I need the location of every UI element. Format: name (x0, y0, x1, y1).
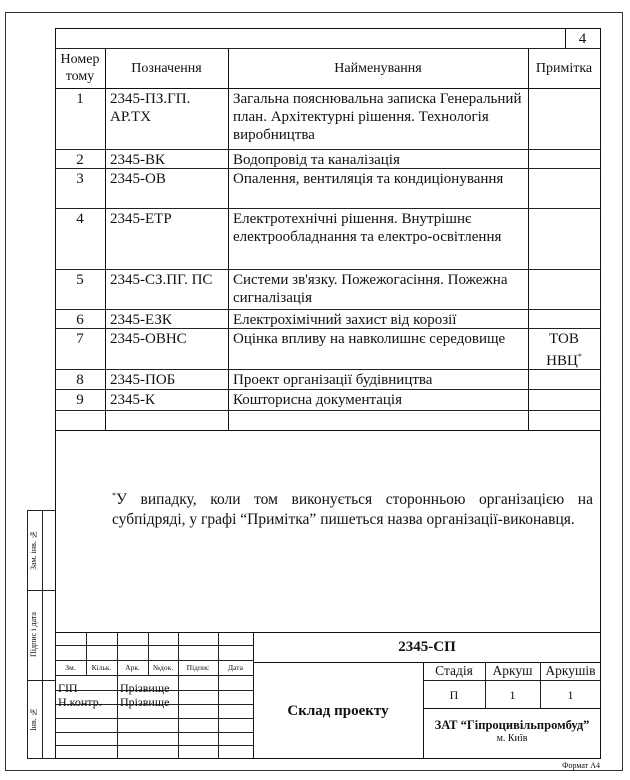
row-volume-no: 7 (55, 330, 105, 348)
sheet-value: 1 (485, 686, 540, 704)
header-note: Примітка (528, 60, 600, 77)
header-volume-no: Номер тому (55, 51, 105, 85)
replaced-inv-label: Зам. інв. № (29, 512, 41, 588)
doc-title: Склад проекту (253, 702, 423, 720)
stage-value: П (423, 686, 485, 704)
signer-surname-2: Прізвище (120, 695, 178, 709)
row-name: Загальна пояснювальна записка Генеральни… (233, 90, 525, 144)
col-signature: Підпис (178, 663, 218, 673)
signer-role-1: ГІП (58, 681, 116, 695)
row-designation: 2345-ЕТР (110, 210, 226, 228)
header-designation: Позначення (105, 60, 228, 77)
row-name: Опалення, вентиляція та кондиціонування (233, 170, 525, 188)
row-designation: 2345-ОВ (110, 170, 226, 188)
footnote: *У випадку, коли том виконується сторонн… (112, 486, 593, 530)
inv-no-label: Інв. № (29, 682, 41, 756)
row-volume-no: 3 (55, 170, 105, 188)
row-name: Кошторисна документація (233, 391, 525, 409)
footnote-text: У випадку, коли том виконується стороннь… (112, 491, 593, 528)
sheets-label: Аркушів (540, 663, 601, 679)
row-volume-no: 5 (55, 271, 105, 289)
doc-code: 2345-СП (253, 638, 601, 656)
header-name: Найменування (228, 60, 528, 77)
row-designation: 2345-ВК (110, 151, 226, 169)
signer-role-2: Н.контр. (58, 695, 116, 709)
company-city: м. Київ (423, 733, 601, 745)
row-name: Оцінка впливу на навколишнє середовище (233, 330, 525, 348)
stage-label: Стадія (423, 663, 485, 679)
row-volume-no: 9 (55, 391, 105, 409)
company-name: ЗАТ “Гіпроцивільпромбуд” (420, 718, 604, 732)
row-name: Електротехнічні рішення. Внутрішнє елект… (233, 210, 525, 246)
row-designation: 2345-К (110, 391, 226, 409)
footnote-mark: * (578, 352, 582, 361)
row-volume-no: 2 (55, 151, 105, 169)
row-designation: 2345-ОВНС (110, 330, 226, 348)
row-note: ТОВ НВЦ* (534, 330, 594, 370)
row-name: Електрохімічний захист від корозії (233, 311, 525, 329)
col-change: Зм. (55, 663, 86, 673)
row-designation: 2345-СЗ.ПГ. ПС (110, 271, 226, 289)
row-volume-no: 8 (55, 371, 105, 389)
sheet-label: Аркуш (485, 663, 540, 679)
row-name: Проект організації будівництва (233, 371, 525, 389)
row-volume-no: 1 (55, 90, 105, 108)
row-designation: 2345-ПОБ (110, 371, 226, 389)
row-volume-no: 6 (55, 311, 105, 329)
row-name: Системи зв'язку. Пожежогасіння. Пожежна … (233, 271, 525, 307)
row-designation: 2345-ЕЗК (110, 311, 226, 329)
row-volume-no: 4 (55, 210, 105, 228)
sheets-value: 1 (540, 686, 601, 704)
page-number: 4 (565, 30, 600, 48)
col-sheet: Арк. (117, 663, 148, 673)
signer-surname-1: Прізвище (120, 681, 178, 695)
format-label: Формат А4 (540, 761, 600, 771)
col-qty: Кільк. (86, 663, 117, 673)
row-designation: 2345-ПЗ.ГП. АР.ТХ (110, 90, 226, 126)
row-name: Водопровід та каналізація (233, 151, 525, 169)
col-doc-no: №док. (148, 663, 178, 673)
signature-date-label: Підпис і дата (29, 592, 41, 678)
col-date: Дата (218, 663, 253, 673)
